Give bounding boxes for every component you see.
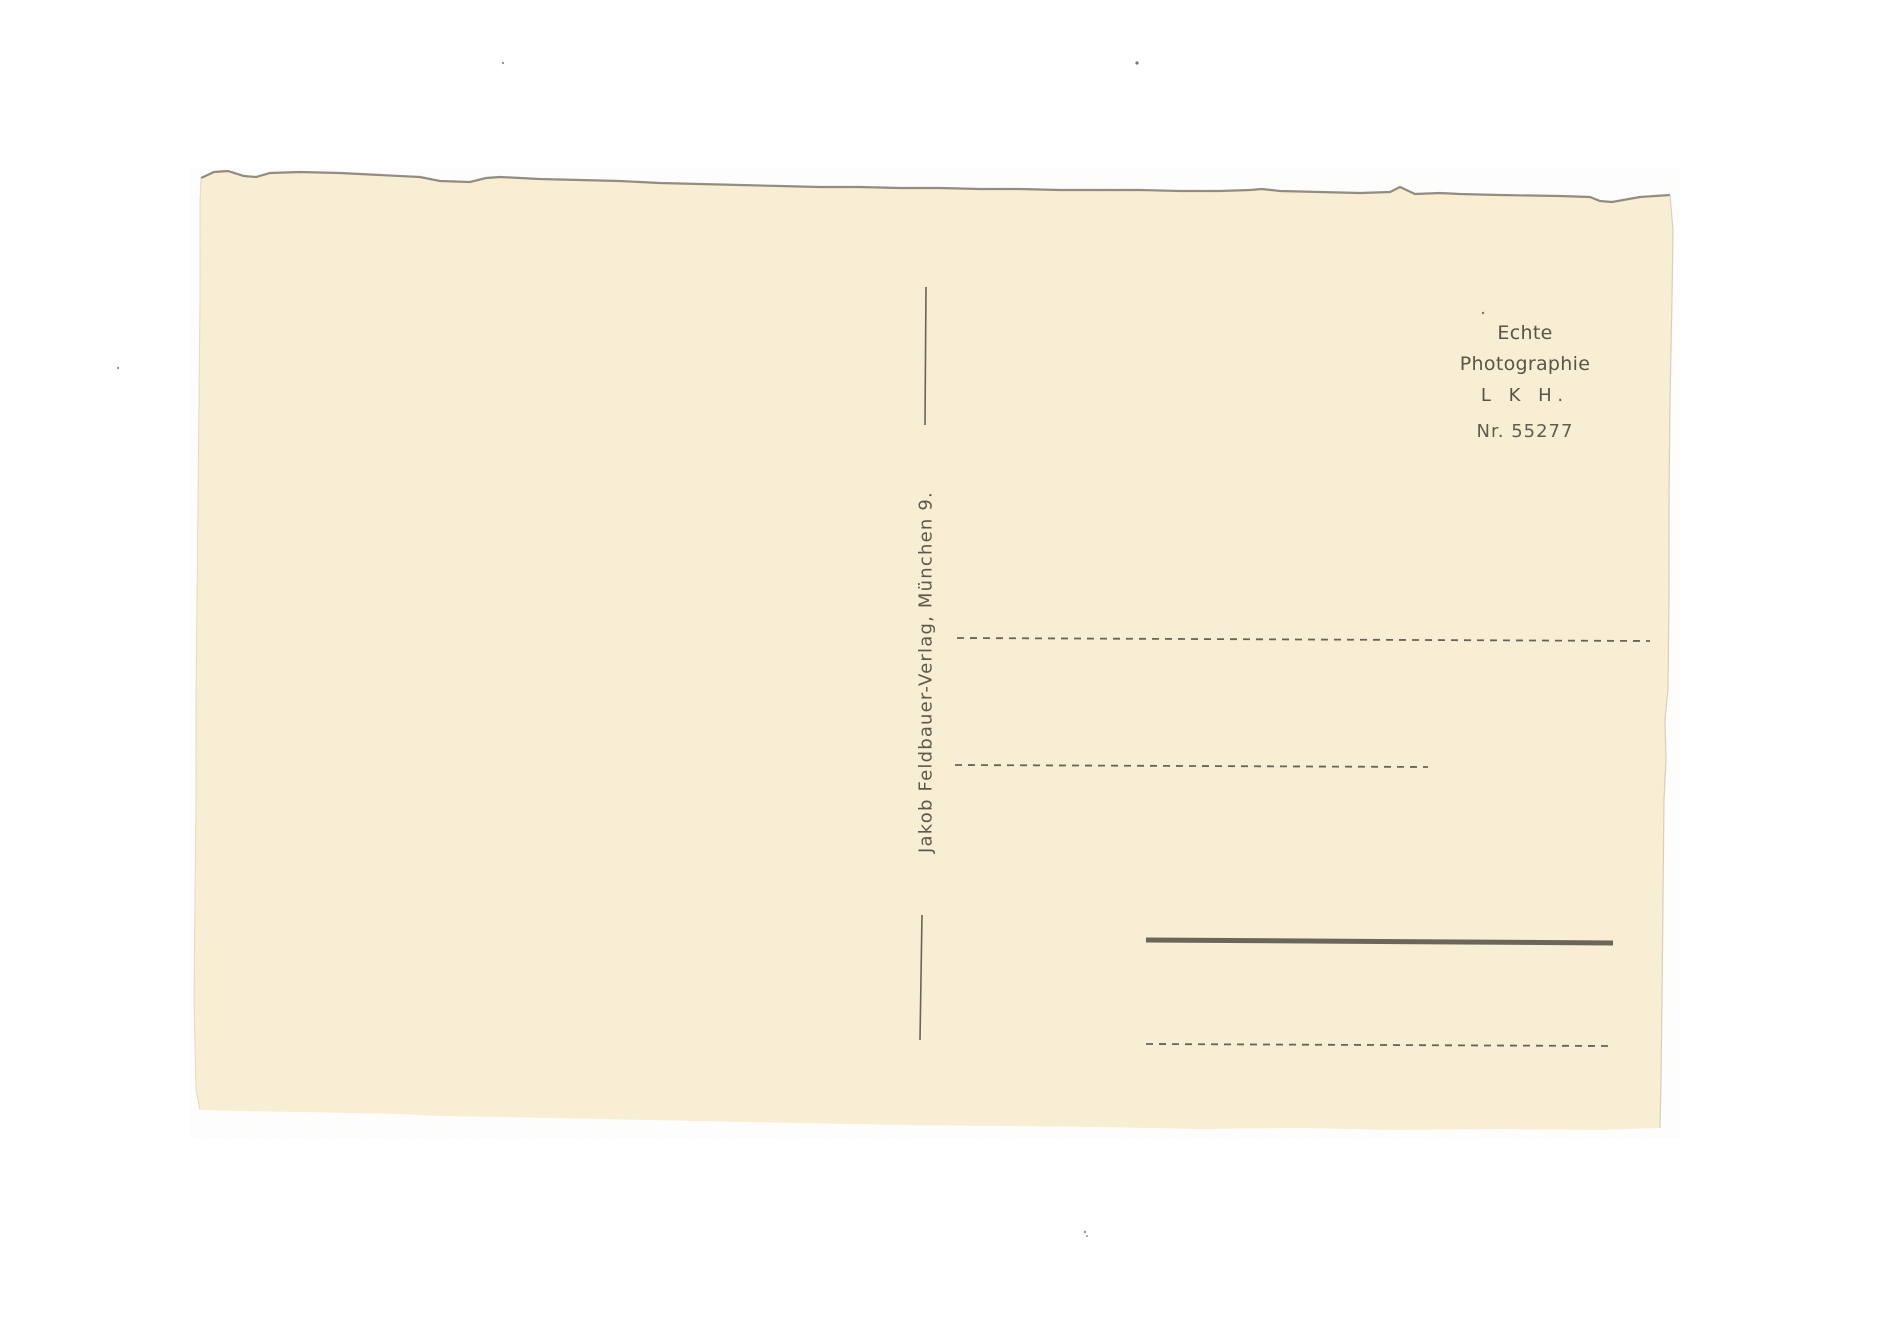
imprint-card-number: Nr. 55277 (1430, 416, 1620, 447)
photo-imprint: Echte Photographie L K H. Nr. 55277 (1430, 318, 1620, 447)
postcard (0, 0, 1902, 1328)
publisher-credit: Jakob Feldbauer-Verlag, München 9. (916, 491, 937, 853)
imprint-line-photographie: Photographie (1430, 349, 1620, 380)
address-line-3-solid (1146, 940, 1613, 943)
imprint-line-echte: Echte (1430, 318, 1620, 349)
imprint-line-publisher-initials: L K H. (1430, 380, 1620, 411)
